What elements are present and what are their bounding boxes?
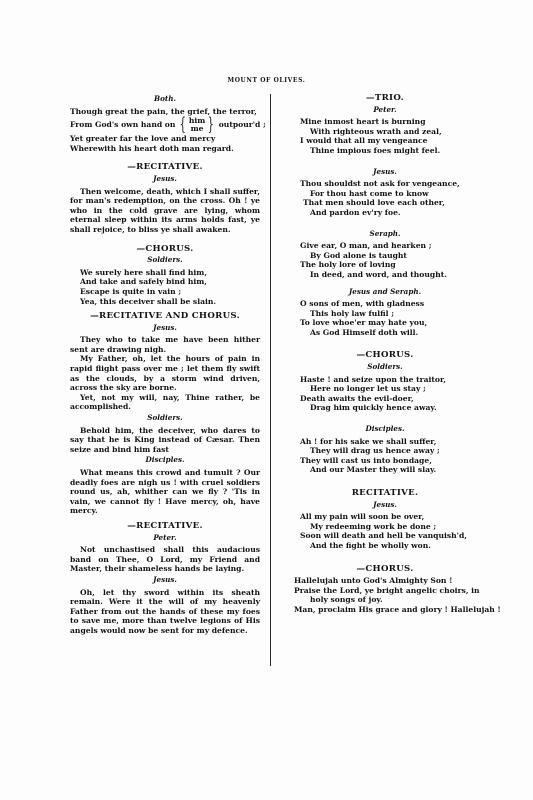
verse-line: Man, proclaim His grace and glory ! Hall… bbox=[294, 605, 470, 615]
paragraph: Then welcome, death, which I shall suffe… bbox=[70, 187, 260, 235]
paragraph: Oh, let thy sword within its sheath rema… bbox=[70, 588, 260, 636]
verse-line: To love whoe'er may hate you, bbox=[300, 318, 470, 328]
verse-line: They will drag us hence away ; bbox=[300, 446, 470, 456]
verse: Mine inmost heart is burning With righte… bbox=[300, 117, 470, 155]
verse-line: Haste ! and seize upon the traitor, bbox=[300, 375, 470, 385]
speaker: Jesus. bbox=[70, 174, 260, 184]
right-column: —TRIO. Peter. Mine inmost heart is burni… bbox=[300, 94, 470, 615]
verse-fragment: From God's own hand on bbox=[70, 120, 175, 130]
speaker: Soldiers. bbox=[70, 255, 260, 265]
verse-line: Drag him quickly hence away. bbox=[300, 403, 470, 413]
running-head: MOUNT OF OLIVES. bbox=[0, 77, 533, 84]
verse-line: holy songs of joy. bbox=[294, 595, 470, 605]
section-heading: —TRIO. bbox=[300, 94, 470, 104]
section-heading: —RECITATIVE AND CHORUS. bbox=[70, 312, 260, 322]
column-divider bbox=[270, 94, 271, 666]
verse-line: We surely here shall find him, bbox=[80, 268, 260, 278]
verse-line: For thou hast come to know bbox=[300, 189, 470, 199]
verse-line: And the fight be wholly won. bbox=[300, 541, 470, 551]
left-column: Both. Though great the pain, the grief, … bbox=[70, 94, 260, 636]
verse: We surely here shall find him, And take … bbox=[70, 268, 260, 306]
verse: Give ear, O man, and hearken ; By God al… bbox=[300, 241, 470, 279]
verse-line: Here no longer let us stay ; bbox=[300, 384, 470, 394]
verse: Ah ! for his sake we shall suffer, They … bbox=[300, 437, 470, 475]
speaker: Seraph. bbox=[300, 229, 470, 239]
verse: Thou shouldst not ask for vengeance, For… bbox=[300, 179, 470, 217]
paragraph: What means this crowd and tumult ? Our d… bbox=[70, 468, 260, 516]
verse: All my pain will soon be over, My redeem… bbox=[300, 512, 470, 550]
verse-line: They will cast us into bondage, bbox=[300, 456, 470, 466]
verse-line: Hallelujah unto God's Almighty Son ! bbox=[294, 576, 470, 586]
verse-line: Soon will death and hell be vanquish'd, bbox=[300, 531, 470, 541]
verse-line: My redeeming work be done ; bbox=[300, 522, 470, 532]
verse-line: O sons of men, with gladness bbox=[300, 299, 470, 309]
verse-line: All my pain will soon be over, bbox=[300, 512, 470, 522]
verse-both: Though great the pain, the grief, the te… bbox=[70, 107, 260, 154]
paragraph: Behold him, the deceiver, who dares to s… bbox=[70, 426, 260, 455]
verse: O sons of men, with gladness This holy l… bbox=[300, 299, 470, 337]
speaker: Peter. bbox=[70, 533, 260, 543]
document-page: MOUNT OF OLIVES. Both. Though great the … bbox=[0, 0, 533, 800]
speaker: Soldiers. bbox=[300, 362, 470, 372]
verse-line: Give ear, O man, and hearken ; bbox=[300, 241, 470, 251]
verse-line: In deed, and word, and thought. bbox=[300, 270, 470, 280]
speaker: Peter. bbox=[300, 105, 470, 115]
section-heading: —CHORUS. bbox=[300, 565, 470, 575]
verse-line: Thine impious foes might feel. bbox=[300, 146, 470, 156]
verse-line: This holy law fulfil ; bbox=[300, 309, 470, 319]
paragraph: They who to take me have been hither sen… bbox=[70, 335, 260, 354]
section-heading: —CHORUS. bbox=[300, 351, 470, 361]
verse: Haste ! and seize upon the traitor, Here… bbox=[300, 375, 470, 413]
verse-line: The holy lore of loving bbox=[300, 260, 470, 270]
speaker: Jesus. bbox=[300, 500, 470, 510]
verse-line: Though great the pain, the grief, the te… bbox=[70, 107, 260, 117]
verse-line: By God alone is taught bbox=[300, 251, 470, 261]
left-brace-icon: { bbox=[180, 116, 186, 134]
brace-group: { him me } bbox=[177, 116, 216, 134]
speaker-both: Both. bbox=[70, 94, 260, 104]
paragraph: Not unchastised shall this audacious ban… bbox=[70, 545, 260, 574]
verse-line: And take and safely bind him, bbox=[80, 277, 260, 287]
speaker: Jesus and Seraph. bbox=[300, 287, 470, 297]
verse-line: And our Master they will slay. bbox=[300, 465, 470, 475]
verse-line: Escape is quite in vain ; bbox=[80, 287, 260, 297]
verse-line: I would that all my vengeance bbox=[300, 136, 470, 146]
right-brace-icon: } bbox=[208, 116, 214, 134]
speaker: Disciples. bbox=[300, 424, 470, 434]
verse-line: As God Himself doth will. bbox=[300, 328, 470, 338]
speaker: Jesus. bbox=[70, 575, 260, 585]
verse-line: With righteous wrath and zeal, bbox=[300, 127, 470, 137]
section-heading: RECITATIVE. bbox=[300, 489, 470, 499]
verse-line: Yea, this deceiver shall be slain. bbox=[80, 297, 260, 307]
verse-line-brace: From God's own hand on { him me } outpou… bbox=[70, 116, 260, 134]
verse-line: Thou shouldst not ask for vengeance, bbox=[300, 179, 470, 189]
verse-line: Mine inmost heart is burning bbox=[300, 117, 470, 127]
paragraph: My Father, oh, let the hours of pain in … bbox=[70, 354, 260, 392]
verse-line: Death awaits the evil-doer, bbox=[300, 394, 470, 404]
section-heading: —RECITATIVE. bbox=[70, 522, 260, 532]
brace-option-me: me bbox=[189, 125, 205, 134]
speaker: Soldiers. bbox=[70, 413, 260, 423]
verse-line: That men should love each other, bbox=[300, 198, 470, 208]
verse-line: Yet greater far the love and mercy bbox=[70, 134, 260, 144]
verse-line: And pardon ev'ry foe. bbox=[300, 208, 470, 218]
verse-fragment: outpour'd ; bbox=[219, 120, 266, 130]
section-heading: —CHORUS. bbox=[70, 245, 260, 255]
verse-line: Ah ! for his sake we shall suffer, bbox=[300, 437, 470, 447]
paragraph: Yet, not my will, nay, Thine rather, be … bbox=[70, 393, 260, 412]
speaker: Jesus. bbox=[70, 323, 260, 333]
speaker: Jesus. bbox=[300, 167, 470, 177]
verse-line: Wherewith his heart doth man regard. bbox=[70, 144, 260, 154]
speaker: Disciples. bbox=[70, 455, 260, 465]
verse-line: Praise the Lord, ye bright angelic choir… bbox=[294, 586, 470, 596]
section-heading: —RECITATIVE. bbox=[70, 163, 260, 173]
verse: Hallelujah unto God's Almighty Son ! Pra… bbox=[294, 576, 470, 614]
